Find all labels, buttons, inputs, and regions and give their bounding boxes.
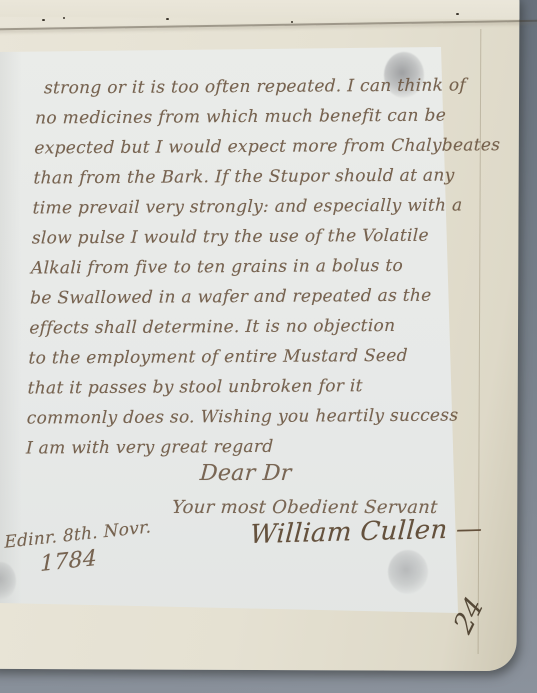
- letter-line: I am with very great regard: [26, 431, 451, 464]
- letter-line: than from the Bark. If the Stupor should…: [33, 160, 458, 193]
- letter-line: commonly does so. Wishing you heartily s…: [26, 401, 451, 434]
- closing-salutation: Dear Dr: [199, 461, 292, 486]
- ink-stamp-smudge-bottom: [388, 550, 428, 594]
- closing-servant-line: Your most Obedient Servant: [171, 497, 438, 518]
- album-page-top-strip: [0, 0, 519, 19]
- letter-line: expected but I would expect more from Ch…: [34, 130, 459, 163]
- letter-line: strong or it is too often repeated. I ca…: [36, 70, 461, 103]
- letter-body: strong or it is too often repeated. I ca…: [26, 70, 461, 463]
- letter-line: Alkali from five to ten grains in a bolu…: [31, 251, 456, 284]
- signature-william-cullen: William Cullen —: [249, 514, 483, 550]
- letter-line: that it passes by stool unbroken for it: [27, 371, 452, 404]
- letter-line: time prevail very strongly: and especial…: [32, 191, 457, 224]
- letter-line: effects shall determine. It is no object…: [29, 311, 454, 344]
- paper-speck: [166, 18, 169, 20]
- letter-line: slow pulse I would try the use of the Vo…: [31, 221, 456, 254]
- paper-speck: [456, 13, 459, 15]
- paper-speck: [291, 21, 293, 23]
- manuscript-photo: strong or it is too often repeated. I ca…: [0, 0, 537, 693]
- page-fore-edge-line: [478, 29, 482, 654]
- letter-line: to the employment of entire Mustard Seed: [28, 341, 453, 374]
- paper-speck: [63, 17, 65, 19]
- letter-line: no medicines from which much benefit can…: [35, 100, 460, 133]
- letter-line: be Swallowed in a wafer and repeated as …: [30, 281, 455, 314]
- photo-backdrop: { "photo": { "backdrop_color": "#77808a"…: [0, 0, 537, 693]
- paper-speck: [42, 19, 45, 21]
